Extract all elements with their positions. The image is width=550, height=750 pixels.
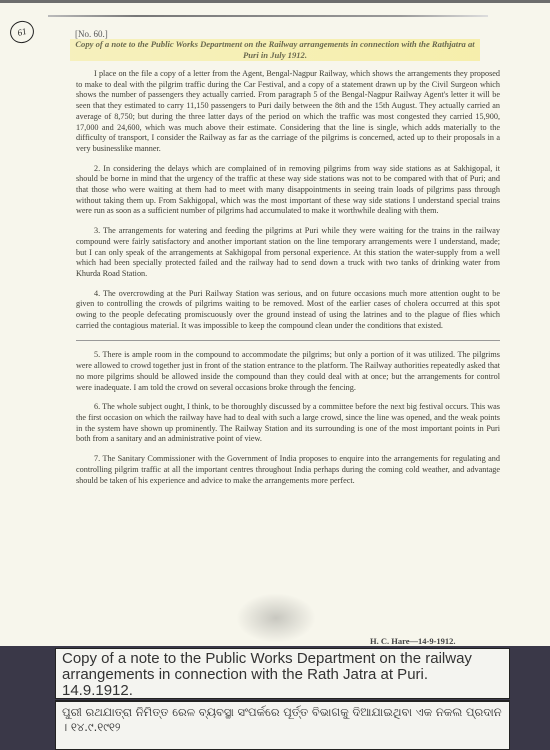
- paragraph-4: 4. The overcrowding at the Puri Railway …: [76, 289, 500, 332]
- document-title: Copy of a note to the Public Works Depar…: [70, 39, 480, 61]
- top-rule: [48, 15, 488, 17]
- document-body: I place on the file a copy of a letter f…: [76, 69, 500, 495]
- section-divider: [76, 340, 500, 341]
- caption-odia: ପୁରୀ ରଥଯାତ୍ରା ନିମିତ୍ତ ରେଳ ବ୍ୟବସ୍ଥା ସଂପର୍…: [55, 700, 510, 750]
- ink-stamp-smudge: [236, 593, 316, 643]
- signature: H. C. Hare—14-9-1912.: [370, 636, 456, 646]
- circled-page-number: 61: [8, 18, 37, 45]
- paragraph-7: 7. The Sanitary Commissioner with the Go…: [76, 454, 500, 486]
- caption-english: Copy of a note to the Public Works Depar…: [55, 648, 510, 699]
- paragraph-2: 2. In considering the delays which are c…: [76, 164, 500, 218]
- paragraph-6: 6. The whole subject ought, I think, to …: [76, 402, 500, 445]
- document-number: [No. 60.]: [75, 29, 108, 39]
- paragraph-3: 3. The arrangements for watering and fee…: [76, 226, 500, 280]
- paragraph-1: I place on the file a copy of a letter f…: [76, 69, 500, 155]
- paragraph-5: 5. There is ample room in the compound t…: [76, 350, 500, 393]
- archival-document-page: 61 [No. 60.] Copy of a note to the Publi…: [0, 0, 550, 646]
